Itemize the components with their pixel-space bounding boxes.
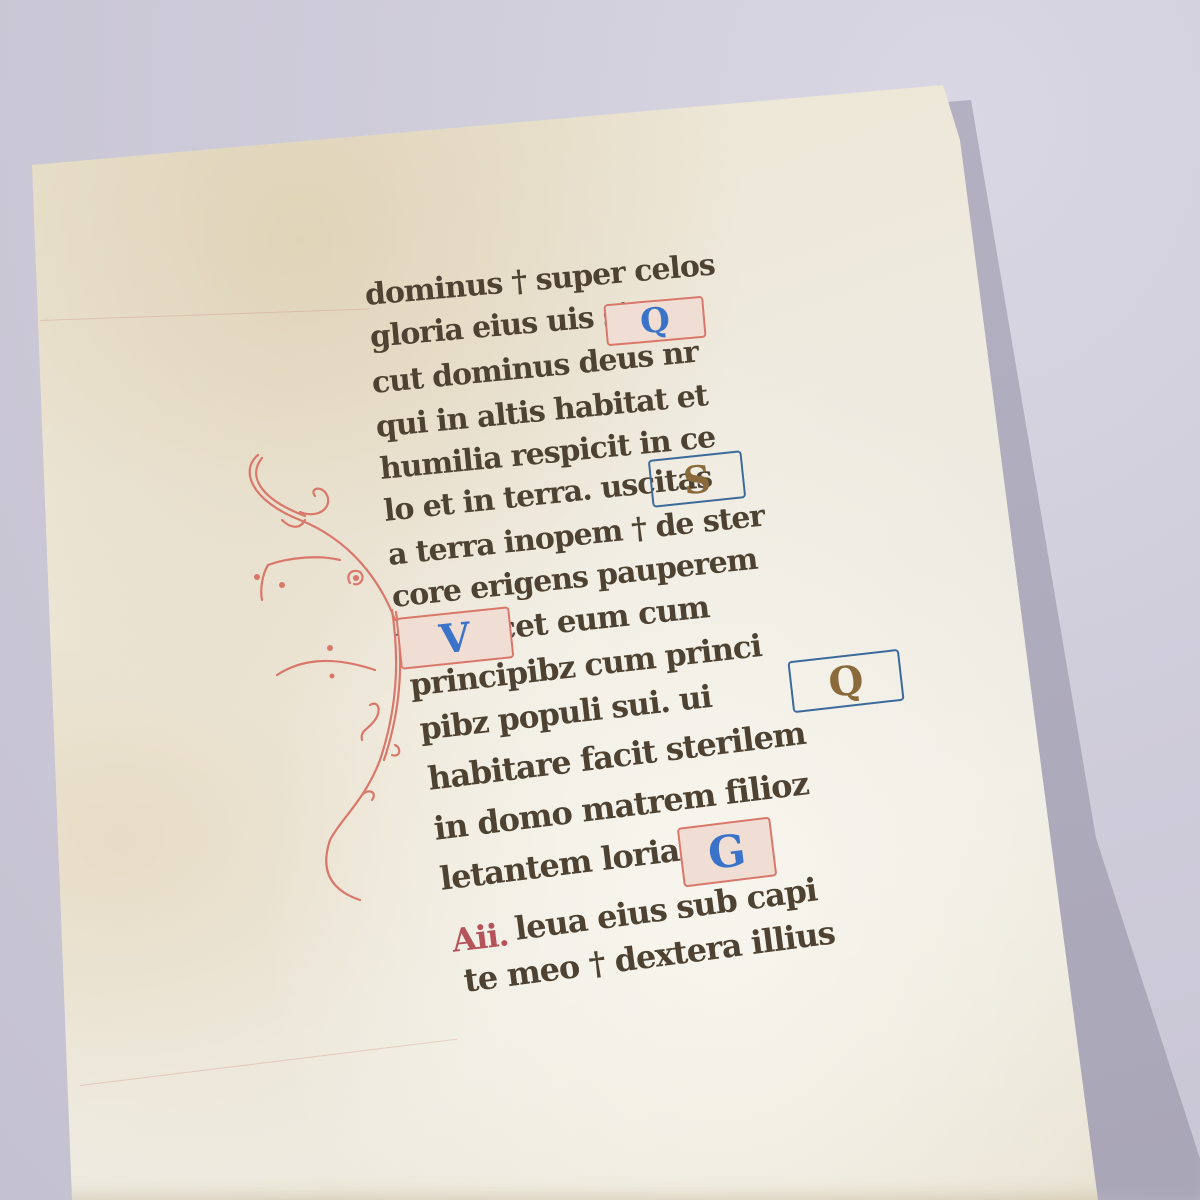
photo-scene: dominus † super celos gloria eius uis si…	[0, 0, 1200, 1200]
illuminated-initial-q: Q	[603, 296, 706, 347]
illuminated-initial-s: S	[648, 450, 747, 508]
rubric-antiphon: Aii.	[450, 915, 510, 960]
illuminated-initial-g: G	[677, 816, 778, 887]
